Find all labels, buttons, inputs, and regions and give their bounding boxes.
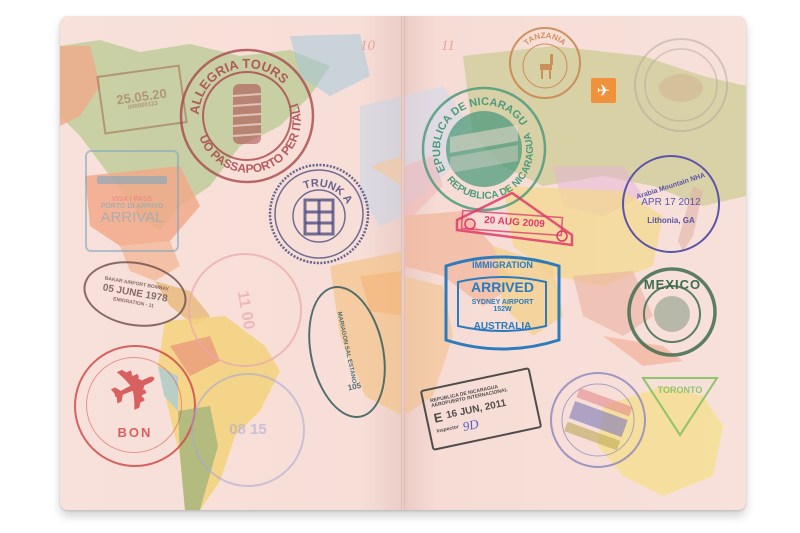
thailand-stamp bbox=[548, 370, 648, 470]
mexico-stamp: MEXICO bbox=[625, 265, 720, 360]
tree-ring-icon bbox=[632, 36, 730, 134]
arrival-stamp: VISA / PASS PORTO DI ARRIVO ARRIVAL bbox=[85, 150, 179, 252]
page-number-left: 10 bbox=[360, 38, 375, 55]
australia-immigration-stamp: IMMIGRATION ARRIVED SYDNEY AIRPORT 152W … bbox=[440, 252, 565, 355]
pink-triangle-stamp: 20 AUG 2009 bbox=[452, 190, 577, 248]
lithonia-ga-stamp: Arabia Mountain NHA APR 17 2012 Lithonia… bbox=[622, 155, 720, 253]
toronto-stamp: TORONTO bbox=[640, 375, 720, 437]
arrival-ship-icon bbox=[97, 176, 167, 184]
faint-tree-stamp bbox=[632, 36, 730, 134]
gazelle-icon bbox=[540, 54, 553, 79]
bon-airplane-stamp: ✈ BON bbox=[74, 345, 196, 467]
svg-text:TANZANIA: TANZANIA bbox=[522, 31, 568, 47]
passport-spine bbox=[401, 16, 405, 510]
page-number-right: 11 bbox=[441, 38, 455, 55]
thailand-flag-ring-icon bbox=[548, 370, 648, 470]
dated-rect-stamp: 25.05.20 000000123 bbox=[96, 64, 187, 134]
faint-blue-stamp: 08 15 bbox=[188, 370, 308, 490]
faint-tanya-stamp: 11 00 bbox=[185, 250, 305, 370]
airplane-tag-icon: ✈ bbox=[591, 78, 616, 103]
